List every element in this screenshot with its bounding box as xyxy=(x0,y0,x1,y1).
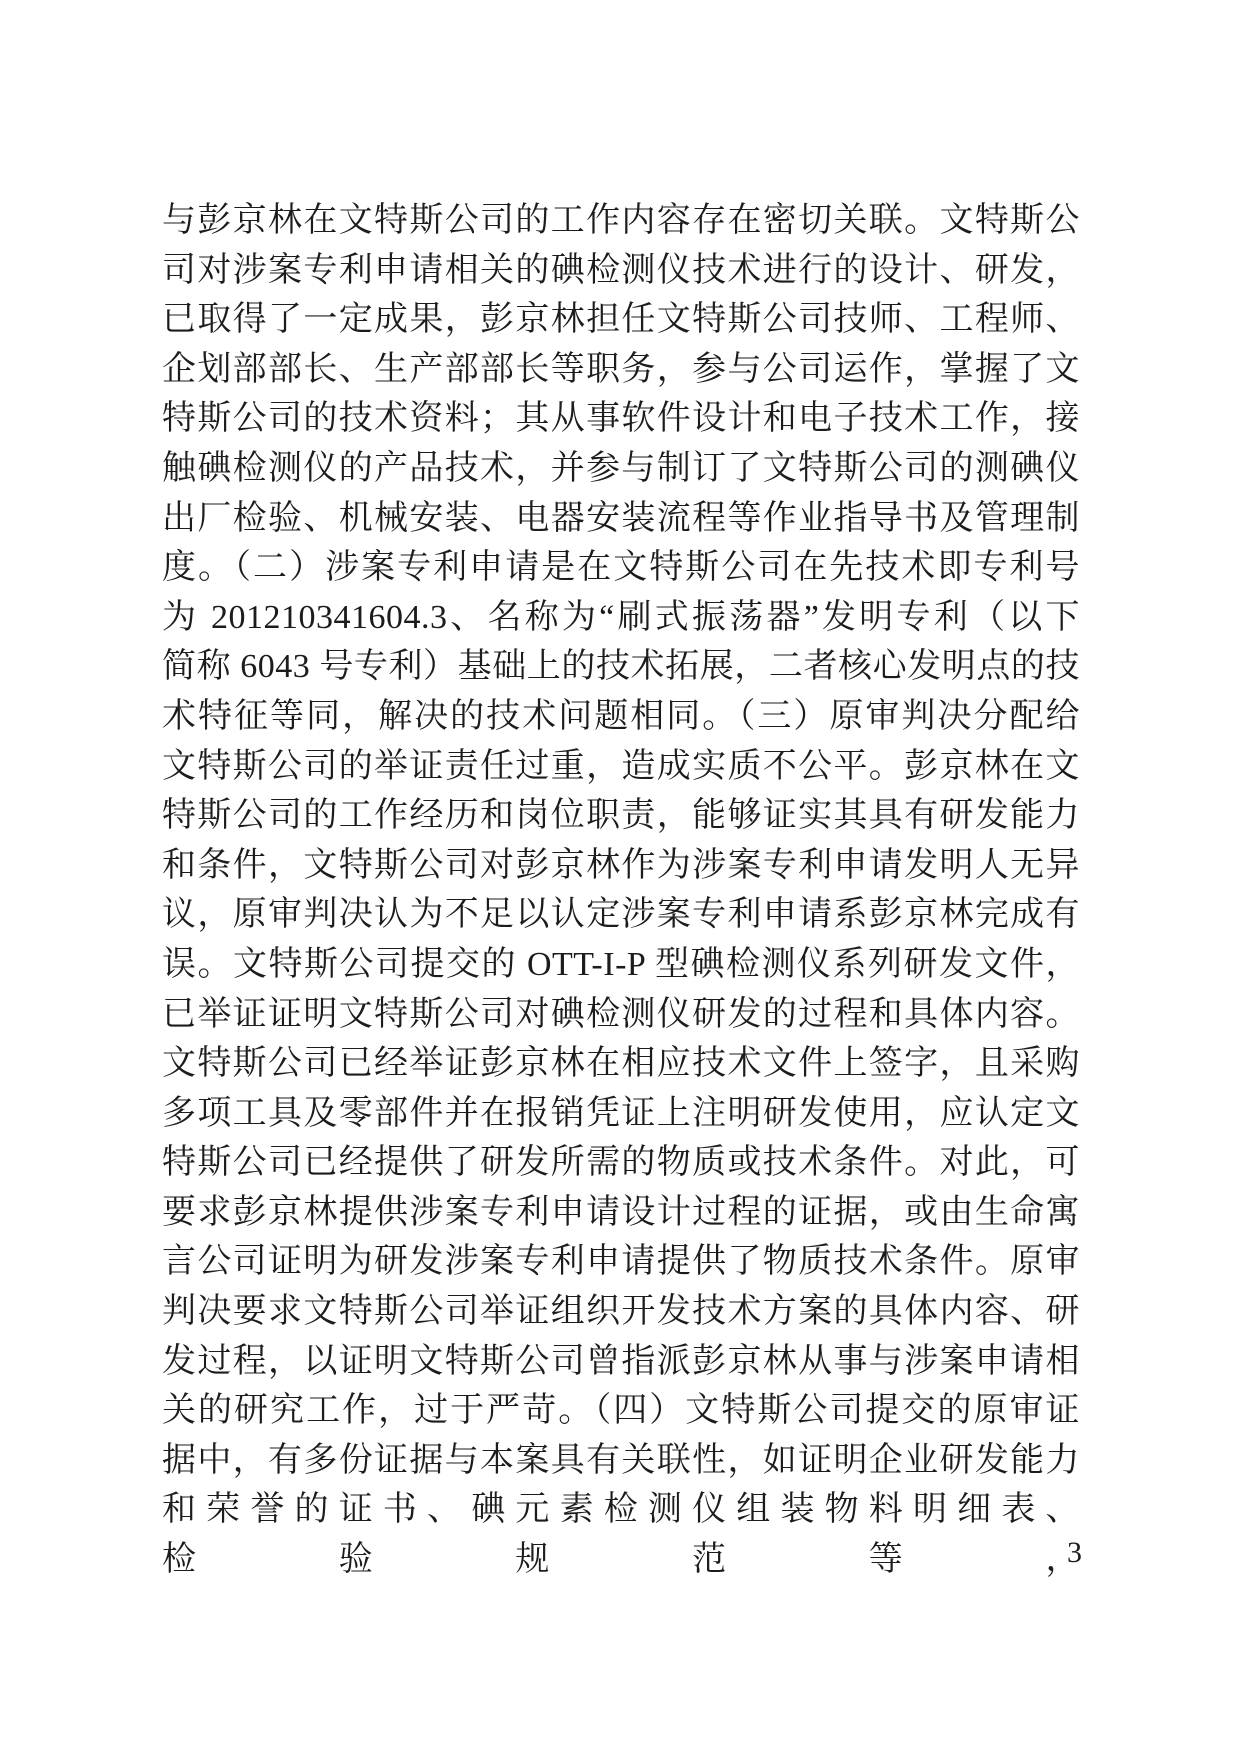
text-line: 企划部部长、生产部部长等职务，参与公司运作，掌握了文 xyxy=(162,345,1080,395)
text-line: 司对涉案专利申请相关的碘检测仪技术进行的设计、研发， xyxy=(162,246,1080,296)
text-line: 文特斯公司的举证责任过重，造成实质不公平。彭京林在文 xyxy=(162,742,1080,792)
text-line: 特斯公司的工作经历和岗位职责，能够证实其具有研发能力 xyxy=(162,791,1080,841)
judgment-body-text: 与彭京林在文特斯公司的工作内容存在密切关联。文特斯公 司对涉案专利申请相关的碘检… xyxy=(162,196,1080,1585)
text-line: 已取得了一定成果，彭京林担任文特斯公司技师、工程师、 xyxy=(162,295,1080,345)
text-line: 和荣誉的证书、碘元素检测仪组装物料明细表、检验规范等， xyxy=(162,1485,1080,1584)
text-line: 议，原审判决认为不足以认定涉案专利申请系彭京林完成有 xyxy=(162,890,1080,940)
document-page: 与彭京林在文特斯公司的工作内容存在密切关联。文特斯公 司对涉案专利申请相关的碘检… xyxy=(0,0,1240,1754)
text-line: 为 201210341604.3、名称为“刷式振荡器”发明专利（以下 xyxy=(162,593,1080,643)
text-line: 术特征等同，解决的技术问题相同。（三）原审判决分配给 xyxy=(162,692,1080,742)
text-line: 多项工具及零部件并在报销凭证上注明研发使用，应认定文 xyxy=(162,1089,1080,1139)
text-line: 触碘检测仪的产品技术，并参与制订了文特斯公司的测碘仪 xyxy=(162,444,1080,494)
text-line: 特斯公司的技术资料；其从事软件设计和电子技术工作，接 xyxy=(162,394,1080,444)
text-line: 误。文特斯公司提交的 OTT-I-P 型碘检测仪系列研发文件， xyxy=(162,940,1080,990)
page-number: 3 xyxy=(1067,1536,1082,1570)
text-line: 发过程，以证明文特斯公司曾指派彭京林从事与涉案申请相 xyxy=(162,1337,1080,1387)
text-line: 关的研究工作，过于严苛。（四）文特斯公司提交的原审证 xyxy=(162,1386,1080,1436)
text-line: 出厂检验、机械安装、电器安装流程等作业指导书及管理制 xyxy=(162,494,1080,544)
text-line: 与彭京林在文特斯公司的工作内容存在密切关联。文特斯公 xyxy=(162,196,1080,246)
text-line: 和条件，文特斯公司对彭京林作为涉案专利申请发明人无异 xyxy=(162,841,1080,891)
text-line: 要求彭京林提供涉案专利申请设计过程的证据，或由生命寓 xyxy=(162,1188,1080,1238)
text-line: 据中，有多份证据与本案具有关联性，如证明企业研发能力 xyxy=(162,1436,1080,1486)
text-line: 已举证证明文特斯公司对碘检测仪研发的过程和具体内容。 xyxy=(162,990,1080,1040)
text-line: 判决要求文特斯公司举证组织开发技术方案的具体内容、研 xyxy=(162,1287,1080,1337)
text-line: 特斯公司已经提供了研发所需的物质或技术条件。对此，可 xyxy=(162,1138,1080,1188)
text-line: 度。（二）涉案专利申请是在文特斯公司在先技术即专利号 xyxy=(162,543,1080,593)
text-line: 言公司证明为研发涉案专利申请提供了物质技术条件。原审 xyxy=(162,1237,1080,1287)
text-line: 简称 6043 号专利）基础上的技术拓展，二者核心发明点的技 xyxy=(162,642,1080,692)
text-line: 文特斯公司已经举证彭京林在相应技术文件上签字，且采购 xyxy=(162,1039,1080,1089)
